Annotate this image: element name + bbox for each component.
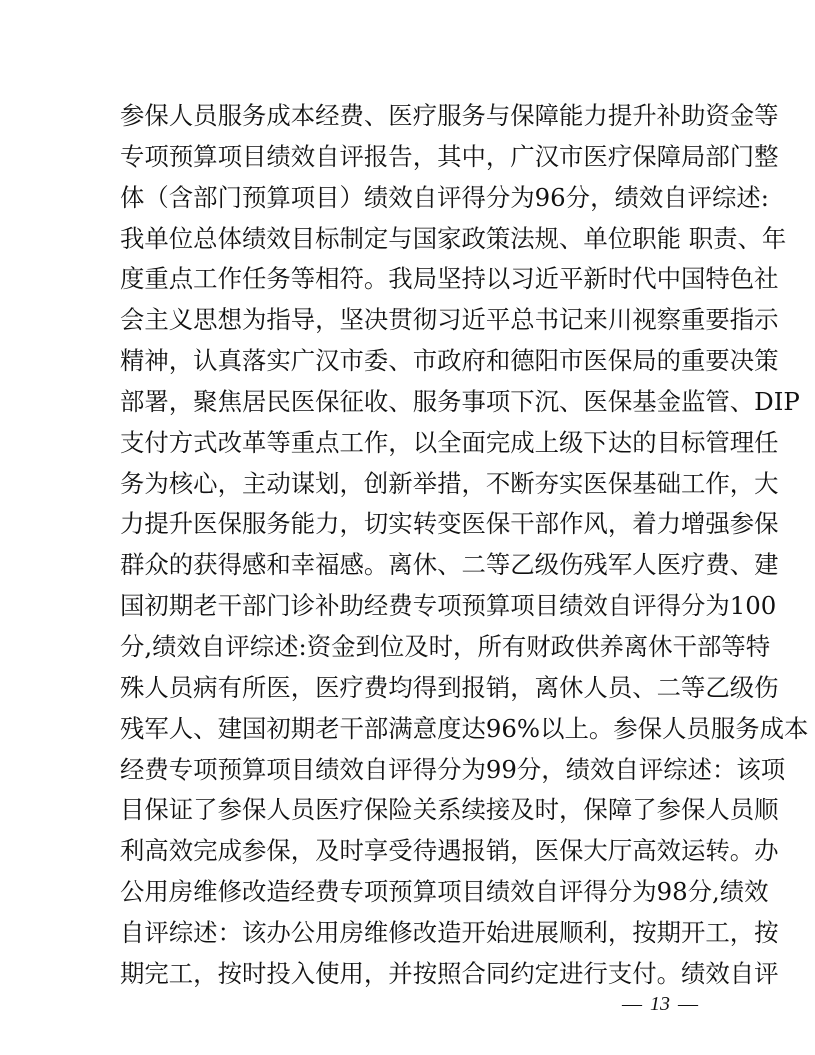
page-number: —13— — [620, 993, 700, 1016]
text-line: 专项预算项目绩效自评报告，其中，广汉市医疗保障局部门整 — [120, 137, 714, 178]
text-line: 利高效完成参保，及时享受待遇报销，医保大厅高效运转。办 — [120, 831, 714, 872]
text-line: 务为核心，主动谋划，创新举措，不断夯实医保基础工作，大 — [120, 464, 714, 505]
dash-right: — — [678, 993, 698, 1015]
text-line: 期完工，按时投入使用，并按照合同约定进行支付。绩效自评 — [120, 954, 714, 995]
text-line: 力提升医保服务能力，切实转变医保干部作风，着力增强参保 — [120, 504, 714, 545]
text-line: 经费专项预算项目绩效自评得分为99分，绩效自评综述：该项 — [120, 750, 714, 791]
page-number-value: 13 — [650, 993, 670, 1015]
text-line: 精神，认真落实广汉市委、市政府和德阳市医保局的重要决策 — [120, 341, 714, 382]
dash-left: — — [622, 993, 642, 1015]
text-line: 会主义思想为指导，坚决贯彻习近平总书记来川视察重要指示 — [120, 300, 714, 341]
document-page: 参保人员服务成本经费、医疗服务与保障能力提升补助资金等 专项预算项目绩效自评报告… — [0, 0, 815, 1055]
text-line: 国初期老干部门诊补助经费专项预算项目绩效自评得分为100 — [120, 586, 714, 627]
text-line: 残军人、建国初期老干部满意度达96%以上。参保人员服务成本 — [120, 709, 714, 750]
text-line: 目保证了参保人员医疗保险关系续接及时，保障了参保人员顺 — [120, 790, 714, 831]
text-line: 部署，聚焦居民医保征收、服务事项下沉、医保基金监管、DIP — [120, 382, 714, 423]
body-text: 参保人员服务成本经费、医疗服务与保障能力提升补助资金等 专项预算项目绩效自评报告… — [120, 96, 714, 995]
text-line: 群众的获得感和幸福感。离休、二等乙级伤残军人医疗费、建 — [120, 545, 714, 586]
text-line: 分,绩效自评综述:资金到位及时，所有财政供养离休干部等特 — [120, 627, 714, 668]
text-line: 参保人员服务成本经费、医疗服务与保障能力提升补助资金等 — [120, 96, 714, 137]
text-line: 度重点工作任务等相符。我局坚持以习近平新时代中国特色社 — [120, 259, 714, 300]
text-line: 自评综述：该办公用房维修改造开始进展顺利，按期开工，按 — [120, 913, 714, 954]
text-line: 我单位总体绩效目标制定与国家政策法规、单位职能 职责、年 — [120, 219, 714, 260]
text-line: 体（含部门预算项目）绩效自评得分为96分，绩效自评综述: — [120, 178, 714, 219]
text-line: 公用房维修改造经费专项预算项目绩效自评得分为98分,绩效 — [120, 872, 714, 913]
text-line: 殊人员病有所医，医疗费均得到报销，离休人员、二等乙级伤 — [120, 668, 714, 709]
text-line: 支付方式改革等重点工作，以全面完成上级下达的目标管理任 — [120, 423, 714, 464]
